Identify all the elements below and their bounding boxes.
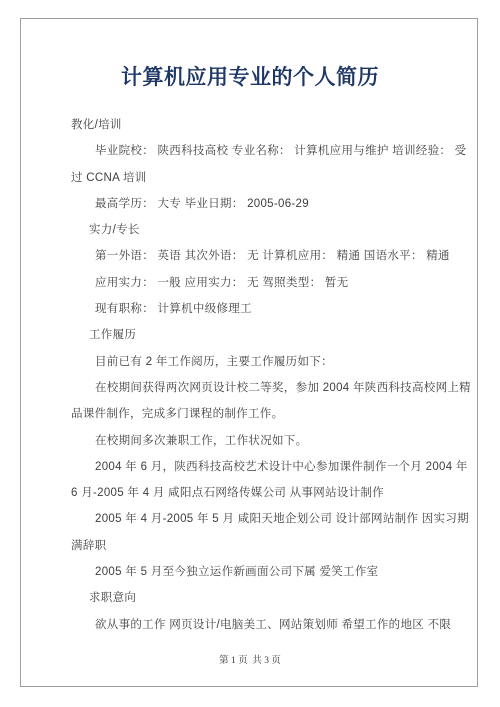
text-line: 品课件制作，完成多门课程的制作工作。 <box>71 401 463 427</box>
document-page: 计算机应用专业的个人简历 教化/培训毕业院校： 陕西科技高校 专业名称： 计算机… <box>0 0 500 707</box>
text-line: 实力/专长 <box>89 217 463 243</box>
page-footer: 第 1 页 共 3 页 <box>0 652 500 666</box>
text-line: 6 月-2005 年 4 月 咸阳点石网络传媒公司 从事网站设计制作 <box>71 480 463 506</box>
text-line: 最高学历： 大专 毕业日期： 2005-06-29 <box>95 191 463 217</box>
text-line: 工作履历 <box>89 322 463 348</box>
body-lines: 教化/培训毕业院校： 陕西科技高校 专业名称： 计算机应用与维护 培训经验： 受… <box>71 112 463 638</box>
text-line: 应用实力： 一般 应用实力： 无 驾照类型： 暂无 <box>95 270 463 296</box>
text-line: 欲从事的工作 网页设计/电脑美工、网站策划师 希望工作的地区 不限 <box>95 612 463 638</box>
text-line: 过 CCNA 培训 <box>71 165 463 191</box>
text-line: 教化/培训 <box>71 112 463 138</box>
text-line: 求职意向 <box>89 585 463 611</box>
text-line: 毕业院校： 陕西科技高校 专业名称： 计算机应用与维护 培训经验： 受 <box>95 138 463 164</box>
text-line: 现有职称： 计算机中级修理工 <box>95 296 463 322</box>
text-line: 2005 年 4 月-2005 年 5 月 咸阳天地企划公司 设计部网站制作 因… <box>95 506 463 532</box>
page-title: 计算机应用专业的个人简历 <box>0 63 500 93</box>
text-line: 2005 年 5 月至今独立运作新画面公司下属 爱笑工作室 <box>95 559 463 585</box>
text-line: 满辞职 <box>71 533 463 559</box>
text-line: 在校期间多次兼职工作，工作状况如下。 <box>95 428 463 454</box>
text-line: 目前已有 2 年工作阅历，主要工作履历如下： <box>95 349 463 375</box>
text-line: 第一外语： 英语 其次外语： 无 计算机应用： 精通 国语水平： 精通 <box>95 243 463 269</box>
text-line: 2004 年 6 月，陕西科技高校艺术设计中心参加课件制作一个月 2004 年 <box>95 454 463 480</box>
text-line: 在校期间获得两次网页设计校二等奖，参加 2004 年陕西科技高校网上精 <box>95 375 463 401</box>
